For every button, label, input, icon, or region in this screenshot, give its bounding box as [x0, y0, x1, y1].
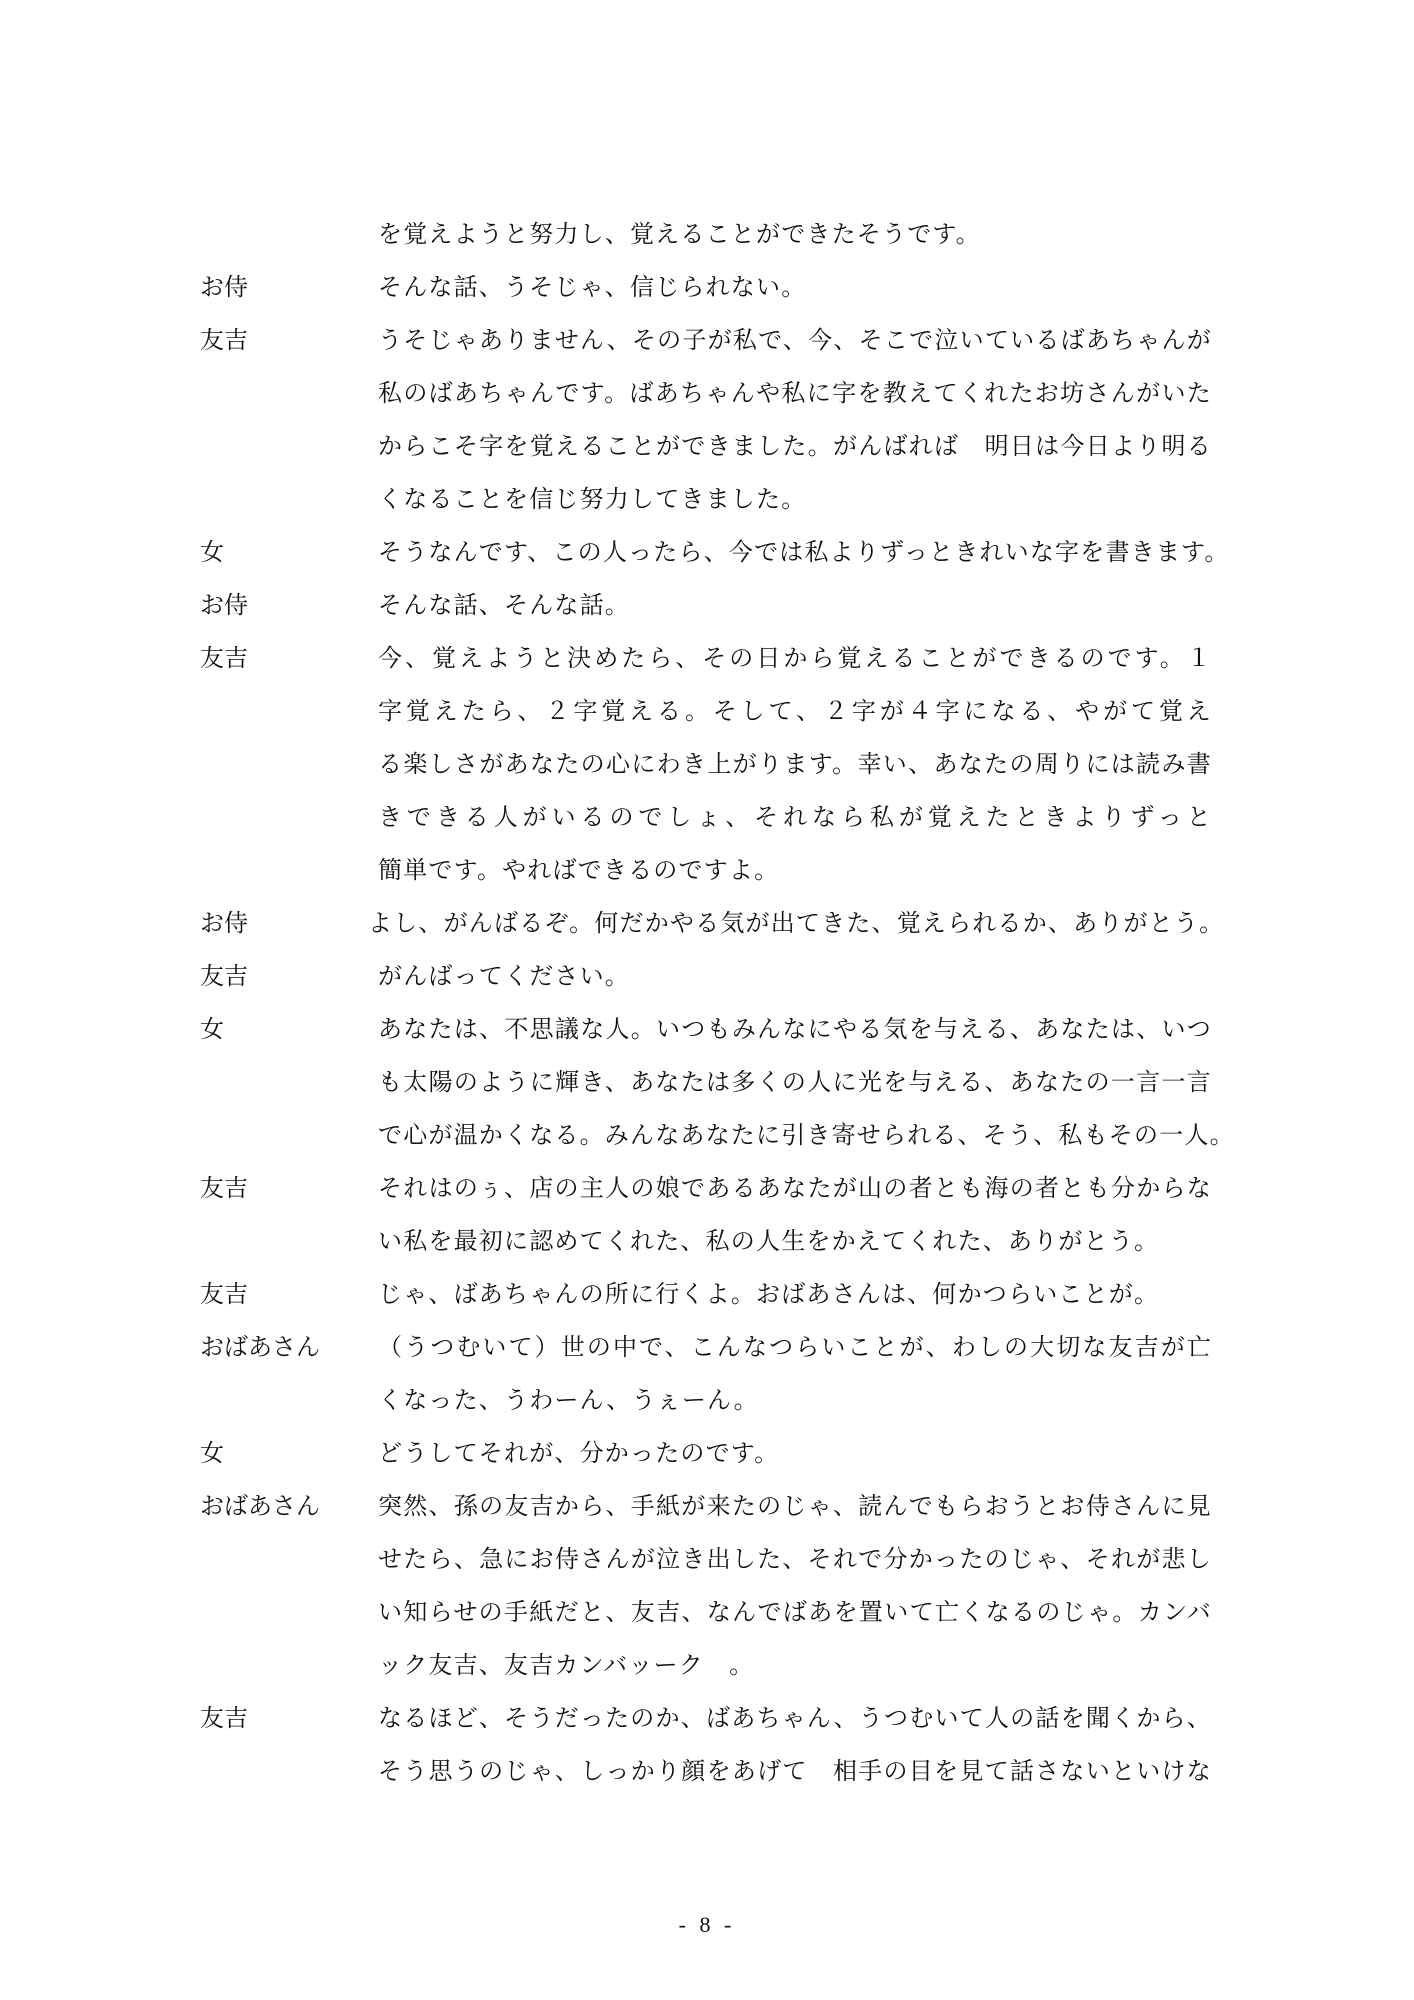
dialogue-line: からこそ字を覚えることができました。がんばれば 明日は今日より明る: [378, 420, 1212, 473]
dialogue-line: 突然、孫の友吉から、手紙が来たのじゃ、読んでもらおうとお侍さんに見: [378, 1480, 1212, 1533]
speaker-name: 女: [200, 1003, 370, 1056]
dialogue-line: くなった、うわーん、うぇーん。: [378, 1374, 1212, 1427]
dialogue-line: ック友吉、友吉カンバッーク 。: [378, 1639, 1212, 1692]
dialogue-line: あなたは、不思議な人。いつもみんなにやる気を与える、あなたは、いつ: [378, 1003, 1212, 1056]
dialogue-line: も太陽のように輝き、あなたは多くの人に光を与える、あなたの一言一言: [378, 1056, 1212, 1109]
dialogue-entry: おばあさん 突然、孫の友吉から、手紙が来たのじゃ、読んでもらおうとお侍さんに見 …: [200, 1480, 1212, 1692]
dialogue-line: よし、がんばるぞ。何だかやる気が出てきた、覚えられるか、ありがとう。: [368, 897, 1212, 950]
dialogue-line: そんな話、うそじゃ、信じられない。: [378, 261, 1212, 314]
speaker-name: 友吉: [200, 950, 370, 1003]
dialogue-entry: お侍 そんな話、そんな話。: [200, 579, 1212, 632]
speaker-name: おばあさん: [200, 1480, 370, 1533]
dialogue-line: を覚えようと努力し、覚えることができたそうです。: [378, 208, 1212, 261]
dialogue-entry: を覚えようと努力し、覚えることができたそうです。: [200, 208, 1212, 261]
dialogue-line: どうしてそれが、分かったのです。: [378, 1427, 1212, 1480]
dialogue-entry: 友吉 今、覚えようと決めたら、その日から覚えることができるのです。１ 字覚えたら…: [200, 632, 1212, 897]
dialogue-entry: 友吉 うそじゃありません、その子が私で、今、そこで泣いているばあちゃんが 私のば…: [200, 314, 1212, 526]
speaker-name: 女: [200, 1427, 370, 1480]
speaker-name: お侍: [200, 261, 370, 314]
dialogue-line: 字覚えたら、２字覚える。そして、２字が４字になる、やがて覚え: [378, 685, 1212, 738]
speaker-name: おばあさん: [200, 1321, 370, 1374]
dialogue-line: うそじゃありません、その子が私で、今、そこで泣いているばあちゃんが: [378, 314, 1212, 367]
speaker-name: 友吉: [200, 314, 370, 367]
speaker-name: 友吉: [200, 1162, 370, 1215]
dialogue-line: きできる人がいるのでしょ、それなら私が覚えたときよりずっと: [378, 791, 1212, 844]
dialogue-line: る楽しさがあなたの心にわき上がります。幸い、あなたの周りには読み書: [378, 738, 1212, 791]
dialogue-entry: 女 どうしてそれが、分かったのです。: [200, 1427, 1212, 1480]
dialogue-line: それはのぅ、店の主人の娘であるあなたが山の者とも海の者とも分からな: [378, 1162, 1212, 1215]
script-page: を覚えようと努力し、覚えることができたそうです。 お侍 そんな話、うそじゃ、信じ…: [0, 0, 1414, 2000]
speaker-name: お侍: [200, 897, 370, 950]
dialogue-line: くなることを信じ努力してきました。: [378, 473, 1212, 526]
dialogue-entry: お侍 よし、がんばるぞ。何だかやる気が出てきた、覚えられるか、ありがとう。: [200, 897, 1212, 950]
dialogue-entry: 女 あなたは、不思議な人。いつもみんなにやる気を与える、あなたは、いつ も太陽の…: [200, 1003, 1212, 1162]
speaker-name: 友吉: [200, 1268, 370, 1321]
dialogue-line: そんな話、そんな話。: [378, 579, 1212, 632]
dialogue-line: で心が温かくなる。みんなあなたに引き寄せられる、そう、私もその一人。: [378, 1109, 1212, 1162]
speaker-name: 友吉: [200, 632, 370, 685]
dialogue-line: い私を最初に認めてくれた、私の人生をかえてくれた、ありがとう。: [378, 1215, 1212, 1268]
dialogue-line: そう思うのじゃ、しっかり顔をあげて 相手の目を見て話さないといけな: [378, 1745, 1212, 1798]
speaker-name: 友吉: [200, 1692, 370, 1745]
dialogue-line: 今、覚えようと決めたら、その日から覚えることができるのです。１: [378, 632, 1212, 685]
dialogue-line: 私のばあちゃんです。ばあちゃんや私に字を教えてくれたお坊さんがいた: [378, 367, 1212, 420]
dialogue-line: なるほど、そうだったのか、ばあちゃん、うつむいて人の話を聞くから、: [378, 1692, 1212, 1745]
dialogue-entry: 友吉 それはのぅ、店の主人の娘であるあなたが山の者とも海の者とも分からな い私を…: [200, 1162, 1212, 1268]
dialogue-line: い知らせの手紙だと、友吉、なんでばあを置いて亡くなるのじゃ。カンバ: [378, 1586, 1212, 1639]
dialogue-entry: 友吉 じゃ、ばあちゃんの所に行くよ。おばあさんは、何かつらいことが。: [200, 1268, 1212, 1321]
dialogue-line: 簡単です。やればできるのですよ。: [378, 844, 1212, 897]
dialogue-entry: お侍 そんな話、うそじゃ、信じられない。: [200, 261, 1212, 314]
dialogue-line: そうなんです、この人ったら、今では私よりずっときれいな字を書きます。: [378, 526, 1212, 579]
dialogue-line: せたら、急にお侍さんが泣き出した、それで分かったのじゃ、それが悲し: [378, 1533, 1212, 1586]
dialogue-script: を覚えようと努力し、覚えることができたそうです。 お侍 そんな話、うそじゃ、信じ…: [200, 208, 1212, 1798]
dialogue-line: （うつむいて）世の中で、こんなつらいことが、わしの大切な友吉が亡: [378, 1321, 1212, 1374]
speaker-name: お侍: [200, 579, 370, 632]
page-number: - 8 -: [0, 1912, 1414, 1938]
dialogue-entry: 友吉 なるほど、そうだったのか、ばあちゃん、うつむいて人の話を聞くから、 そう思…: [200, 1692, 1212, 1798]
dialogue-entry: 友吉 がんばってください。: [200, 950, 1212, 1003]
dialogue-entry: 女 そうなんです、この人ったら、今では私よりずっときれいな字を書きます。: [200, 526, 1212, 579]
dialogue-line: じゃ、ばあちゃんの所に行くよ。おばあさんは、何かつらいことが。: [378, 1268, 1212, 1321]
dialogue-entry: おばあさん （うつむいて）世の中で、こんなつらいことが、わしの大切な友吉が亡 く…: [200, 1321, 1212, 1427]
speaker-name: 女: [200, 526, 370, 579]
dialogue-line: がんばってください。: [378, 950, 1212, 1003]
